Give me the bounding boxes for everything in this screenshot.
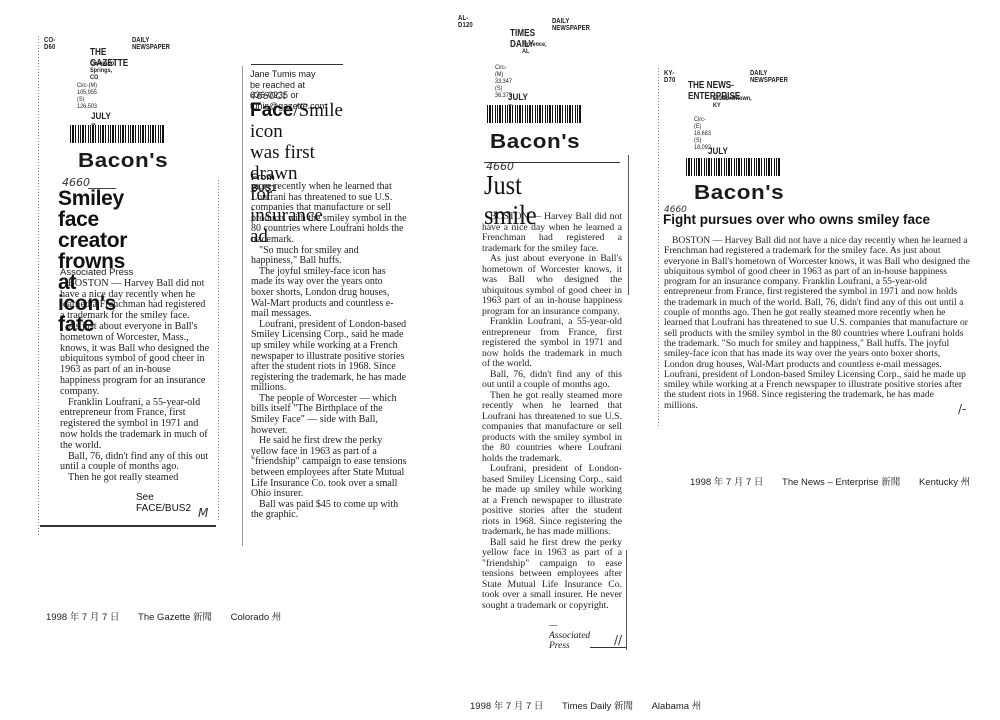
paragraph: Ball, 76, didn't find any of this out un…	[482, 370, 622, 391]
newspaper-city: Elizabethtown, KY	[713, 95, 752, 109]
paragraph: Ball said he first drew the perky yellow…	[482, 538, 622, 612]
clip-edge	[218, 180, 219, 520]
headline-line: creator frowns	[58, 230, 127, 272]
column-rule	[628, 155, 629, 295]
newspaper-city: Colorado Springs, CO	[90, 60, 114, 81]
paragraph: As just about everyone in Ball's hometow…	[482, 254, 622, 317]
paragraph: BOSTON — Harvey Ball did not have a nice…	[60, 279, 212, 322]
media-code: CO-D60	[44, 37, 55, 51]
contact-line: Jane Tumis may be reached at	[250, 69, 327, 90]
paragraph: Franklin Loufrani, a 55-year-old entrepr…	[60, 398, 212, 452]
media-code: KY-D70	[664, 70, 675, 84]
bacons-logo: Bacon's	[490, 131, 580, 154]
initials-mark: M	[198, 506, 208, 520]
paragraph: Franklin Loufrani, a 55-year-old entrepr…	[482, 317, 622, 370]
clip-caption: 1998 年 7 月 7 日 Times Daily 新聞 Alabama 州	[470, 698, 717, 712]
clip-caption: 1998 年 7 月 7 日 The Gazette 新聞 Colorado 州	[46, 609, 297, 623]
paragraph: The joyful smiley-face icon has made its…	[251, 267, 407, 320]
slash-mark: //	[614, 633, 622, 647]
column-rule	[626, 550, 627, 650]
article-body: Associated Press BOSTON — Harvey Ball di…	[60, 268, 212, 484]
bacons-logo: Bacon's	[78, 150, 168, 173]
barcode	[70, 125, 164, 143]
newspaper-city: Florence, AL	[522, 41, 547, 55]
paragraph: The people of Worcester — which bills it…	[251, 394, 407, 436]
caption-state: Colorado 州	[231, 612, 282, 623]
article-body: BOSTON — Harvey Ball did not have a nice…	[482, 212, 622, 611]
circulation: Circ-(M) 105,955 (S) 126,503	[77, 82, 97, 110]
bacons-logo: Bacon's	[694, 182, 784, 205]
clip-edge	[658, 68, 659, 428]
clip-edge	[242, 66, 243, 546]
paragraph: more recently when he learned that Loufr…	[251, 182, 407, 246]
paragraph: BOSTON — Harvey Ball did not have a nice…	[664, 236, 970, 411]
bottom-rule	[590, 647, 626, 648]
credit-line: — Associated Press	[549, 621, 590, 651]
jump-line: See FACE/BUS2	[136, 492, 191, 514]
caption-date: 1998 年 7 月 7 日	[46, 612, 119, 623]
caption-date: 1998 年 7 月 7 日	[690, 477, 763, 488]
publication-type: DAILY NEWSPAPER	[750, 70, 788, 84]
paragraph: Then he got really steamed more recently…	[482, 391, 622, 465]
clip-caption: 1998 年 7 月 7 日 The News – Enterprise 新聞 …	[690, 474, 986, 488]
paragraph: "So much for smiley and happiness," Ball…	[251, 246, 407, 267]
barcode	[487, 105, 581, 123]
paragraph: BOSTON — Harvey Ball did not have a nice…	[482, 212, 622, 254]
headline-line: Smiley face	[58, 188, 127, 230]
paragraph: Loufrani, president of London-based Smil…	[251, 320, 407, 394]
caption-paper: Times Daily 新聞	[562, 701, 633, 712]
caption-date: 1998 年 7 月 7 日	[470, 701, 543, 712]
paragraph: Loufrani, president of London-based Smil…	[482, 464, 622, 538]
article-body: BOSTON — Harvey Ball did not have a nice…	[664, 236, 970, 411]
slash-mark: /-	[958, 402, 966, 416]
barcode	[686, 158, 780, 176]
media-code: AL-D120	[458, 15, 473, 29]
publication-type: DAILY NEWSPAPER	[132, 37, 170, 51]
paragraph: Ball was paid $45 to come up with the gr…	[251, 500, 407, 521]
clip-edge	[38, 36, 39, 536]
paragraph: Then he got really steamed	[60, 473, 212, 484]
caption-state: Alabama 州	[652, 701, 702, 712]
caption-state: Kentucky 州	[919, 477, 970, 488]
article-body: more recently when he learned that Loufr…	[251, 182, 407, 521]
caption-paper: The News – Enterprise 新聞	[782, 477, 900, 488]
paragraph: Ball, 76, didn't find any of this out un…	[60, 452, 212, 474]
paragraph: He said he first drew the perky yellow f…	[251, 436, 407, 500]
clip-bottom-rule	[40, 525, 216, 527]
paragraph: As just about everyone in Ball's hometow…	[60, 322, 212, 398]
headline: Fight pursues over who owns smiley face	[663, 212, 930, 227]
headline-bold: Face	[250, 100, 293, 121]
top-rule	[251, 64, 343, 65]
publication-type: DAILY NEWSPAPER	[552, 18, 590, 32]
caption-paper: The Gazette 新聞	[138, 612, 212, 623]
